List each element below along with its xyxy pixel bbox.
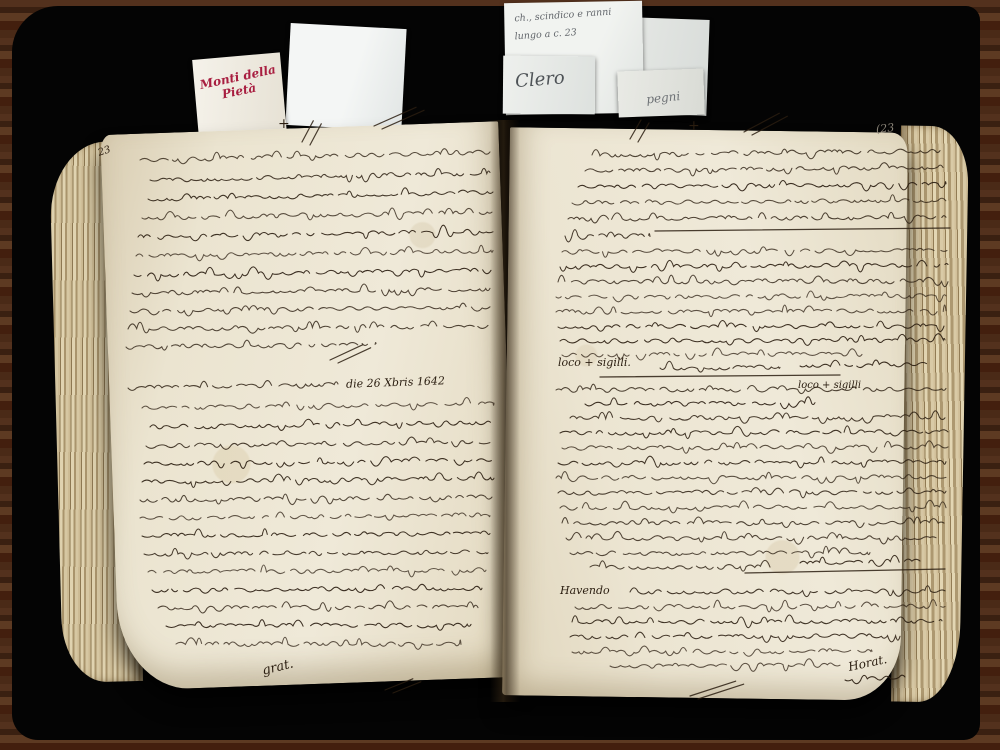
seal-note-2: loco + sigilli: [798, 380, 861, 391]
manuscript-photo: { "bookmarks": { "red_tab": {"line1": "M…: [0, 0, 1000, 750]
right-page: [502, 127, 908, 701]
paragraph-opening-havendo: Havendo: [560, 584, 610, 597]
paper-tab-clero: Clero: [503, 56, 596, 115]
left-invocation-cross: +: [278, 116, 290, 132]
left-page: [100, 121, 517, 691]
tab-clero-label: Clero: [514, 65, 595, 92]
paper-tab-blank: [285, 23, 406, 131]
tab-note-line2: lungo a c. 23: [514, 22, 642, 42]
paper-tab-pegni: pegni: [617, 69, 705, 118]
seal-note-1: loco + sigilli.: [558, 356, 631, 369]
right-invocation-cross: +: [688, 118, 700, 134]
tab-pegni-label: pegni: [646, 87, 705, 107]
gutter-shadow: [490, 120, 520, 702]
right-folio-number: (23: [875, 121, 895, 136]
tab-note-line1: ch., scindico e ranni: [514, 4, 642, 24]
